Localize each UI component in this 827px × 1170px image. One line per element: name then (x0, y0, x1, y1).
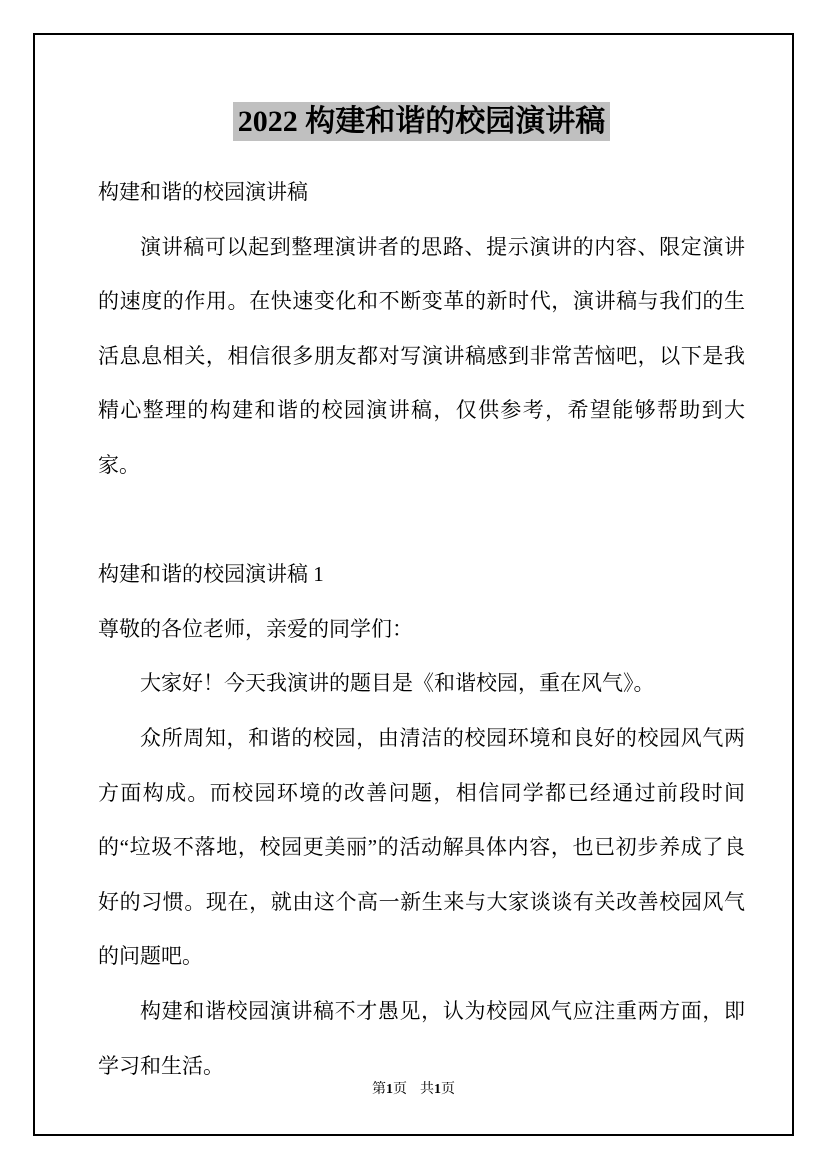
document-body: 构建和谐的校园演讲稿演讲稿可以起到整理演讲者的思路、提示演讲的内容、限定演讲的速… (98, 165, 745, 1093)
paragraph: 尊敬的各位老师，亲爱的同学们： (98, 602, 745, 657)
paragraph: 构建和谐的校园演讲稿 1 (98, 547, 745, 602)
footer-current-prefix: 第 (372, 1082, 386, 1097)
title-row: 2022 构建和谐的校园演讲稿 (98, 102, 745, 141)
footer-total-prefix: 共 (420, 1082, 434, 1097)
paragraph: 演讲稿可以起到整理演讲者的思路、提示演讲的内容、限定演讲的速度的作用。在快速变化… (98, 220, 745, 493)
footer-current-suffix: 页 (393, 1082, 407, 1097)
footer-total-number: 1 (434, 1082, 441, 1097)
paragraph: 众所周知，和谐的校园，由清洁的校园环境和良好的校园风气两方面构成。而校园环境的改… (98, 711, 745, 984)
footer-total-pages: 共1页 (420, 1082, 455, 1097)
document-title: 2022 构建和谐的校园演讲稿 (233, 102, 611, 141)
paragraph: 大家好！今天我演讲的题目是《和谐校园，重在风气》。 (98, 656, 745, 711)
footer-current-number: 1 (386, 1082, 393, 1097)
footer-current-page: 第1页 (372, 1082, 407, 1097)
paragraph: 构建和谐校园演讲稿不才愚见，认为校园风气应注重两方面，即学习和生活。 (98, 984, 745, 1093)
page-footer: 第1页共1页 (0, 1080, 827, 1100)
paragraph: 构建和谐的校园演讲稿 (98, 165, 745, 220)
footer-total-suffix: 页 (441, 1082, 455, 1097)
